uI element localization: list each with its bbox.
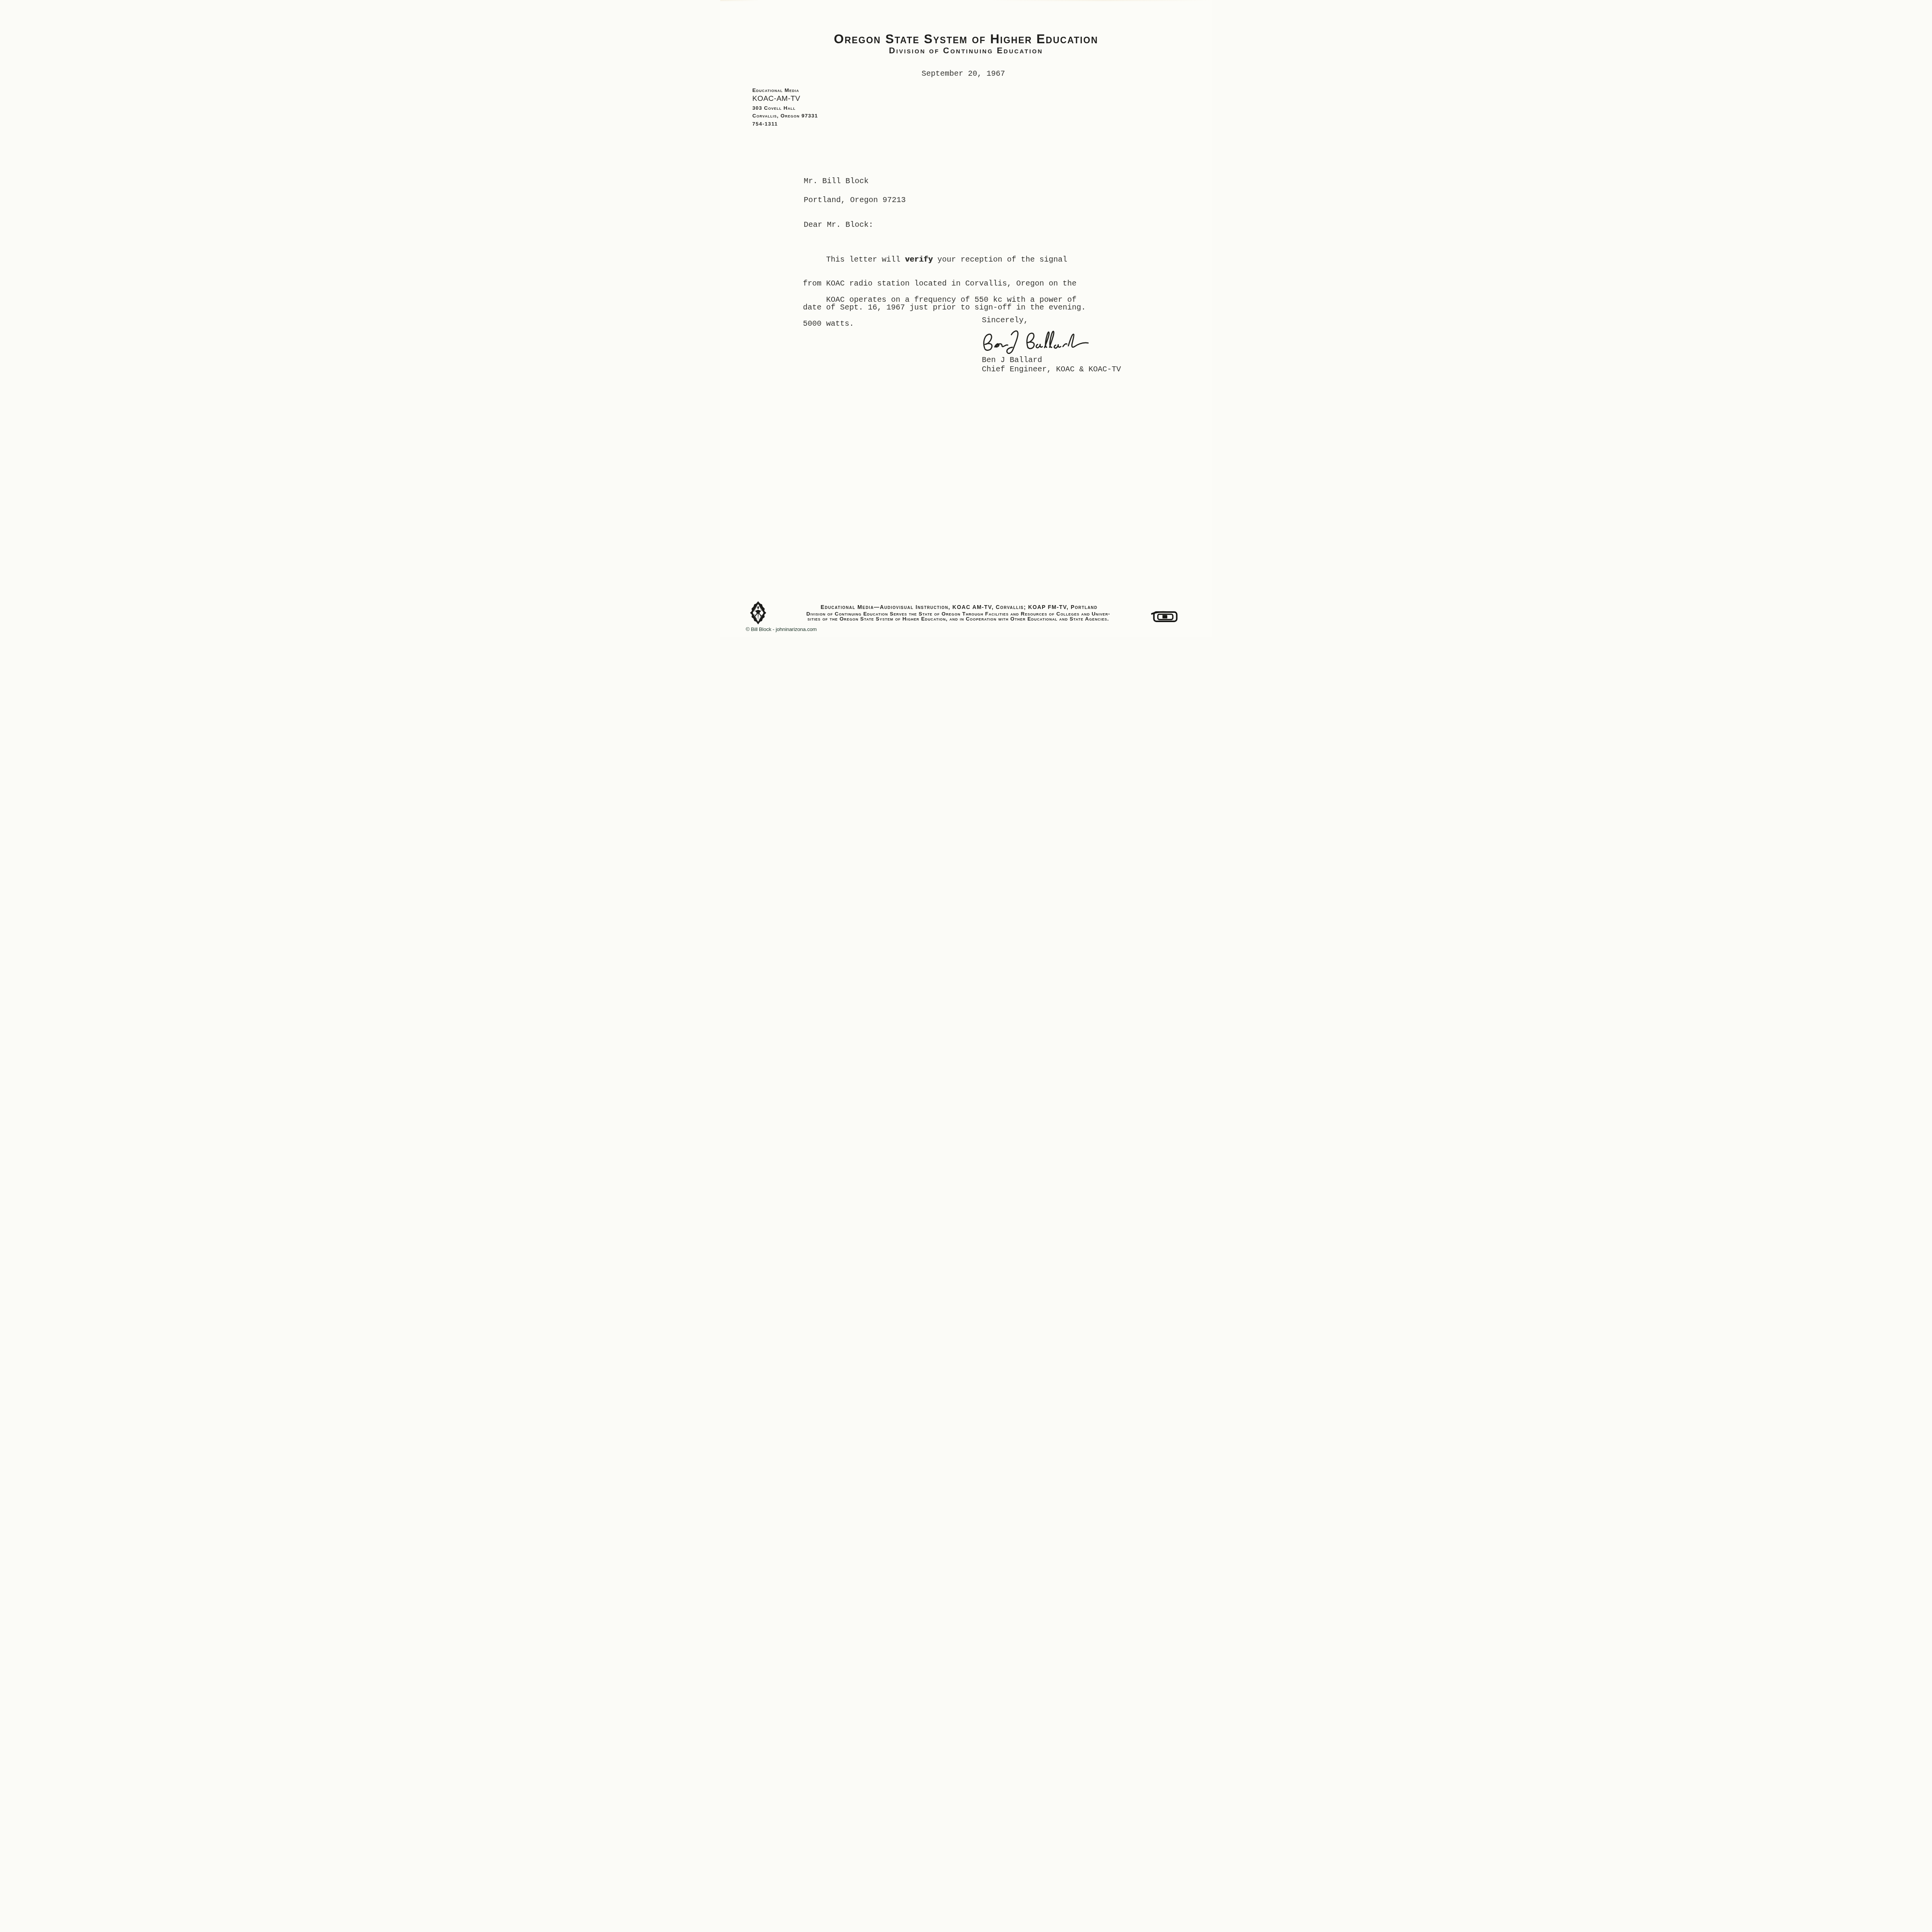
letterhead-dept: Educational Media: [752, 87, 818, 93]
signature-ink-icon: [977, 325, 1093, 357]
date-line: September 20, 1967: [922, 70, 1005, 78]
torch-diamond-icon: [750, 601, 766, 624]
scanned-letter-page: Oregon State System of Higher Education …: [720, 0, 1212, 637]
recipient-name: Mr. Bill Block: [804, 177, 869, 186]
org-title: Oregon State System of Higher Education: [720, 32, 1212, 46]
recipient-city: Portland, Oregon 97213: [804, 196, 906, 205]
osshe-torch-seal-logo: [750, 601, 766, 626]
letterhead-phone: 754-1311: [752, 121, 818, 127]
body-p2-line1: KOAC operates on a frequency of 550 kc w…: [803, 296, 1077, 304]
handwritten-signature: [977, 325, 1093, 359]
body-p1-line1-verify: verify: [905, 255, 933, 264]
org-subtitle: Division of Continuing Education: [720, 46, 1212, 56]
footer-line1: Educational Media—Audiovisual Instructio…: [720, 604, 1198, 610]
body-p1-line1-post: your reception of the signal: [933, 255, 1067, 264]
spiral-label-icon: [1151, 611, 1179, 623]
printers-union-mark-icon: [1151, 611, 1179, 625]
letterhead-station: KOAC-AM-TV: [752, 95, 818, 103]
body-p1-line1: This letter will verify your reception o…: [803, 256, 1086, 264]
letterhead-contact-block: Educational Media KOAC-AM-TV 303 Covell …: [752, 87, 818, 127]
salutation: Dear Mr. Block:: [804, 221, 873, 230]
closing-sincerely: Sincerely,: [982, 316, 1028, 325]
footer-statement: Division of Continuing Education Serves …: [720, 611, 1196, 621]
signer-title: Chief Engineer, KOAC & KOAC-TV: [982, 365, 1121, 374]
body-p1-line1-pre: This letter will: [803, 255, 905, 264]
letterhead-address1: 303 Covell Hall: [752, 105, 818, 111]
footer-line3: sities of the Oregon State System of Hig…: [720, 616, 1196, 621]
copyright-watermark: © Bill Block - johninarizona.com: [746, 626, 817, 632]
letterhead-address2: Corvallis, Oregon 97331: [752, 113, 818, 119]
scan-edge-artifact: [720, 0, 1212, 1]
signer-typed-name: Ben J Ballard: [982, 356, 1042, 365]
